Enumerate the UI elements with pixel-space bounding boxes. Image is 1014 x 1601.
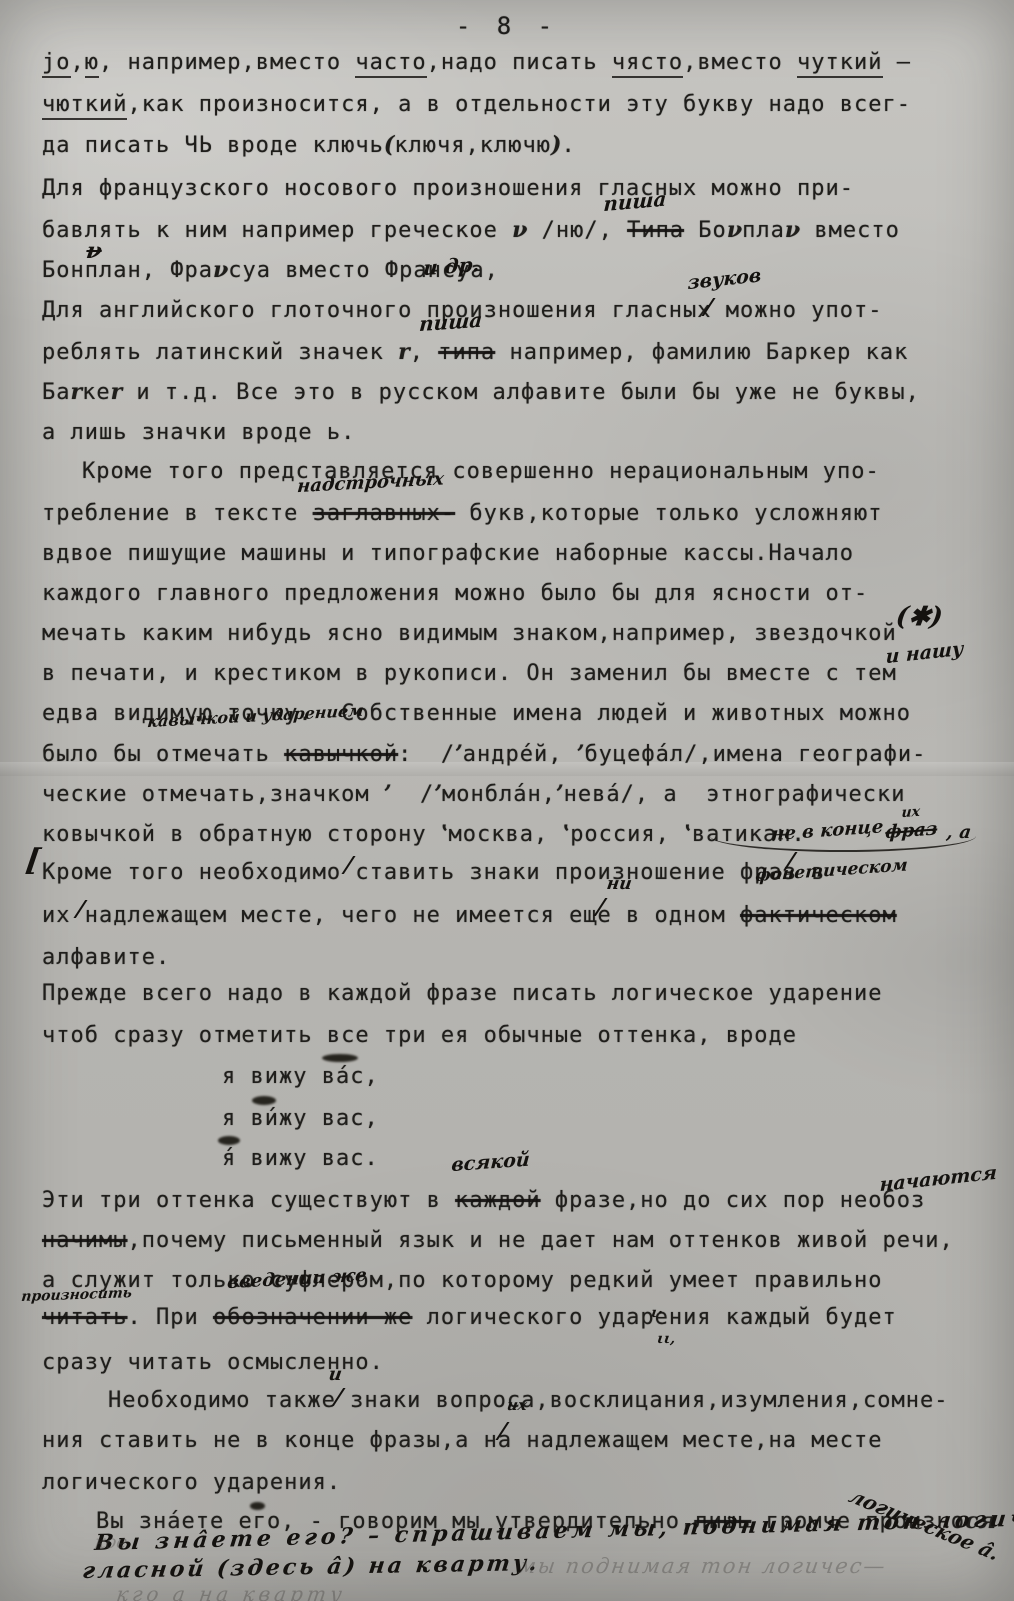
typed-line: да писать ЧЬ вроде ключь(ключя,ключю).: [42, 132, 576, 158]
typed-text: ке: [82, 380, 111, 405]
handwritten-annotation: и нашу: [885, 640, 963, 667]
handwritten-annotation: начаются: [879, 1164, 997, 1195]
typed-text: Бонплан, Фра: [42, 258, 213, 283]
typed-text: буцефа́л/,имена географи-: [584, 742, 926, 767]
handwritten-inline-mark: ν: [213, 257, 228, 283]
typed-line: Кроме того представляется совершенно нер…: [82, 459, 880, 484]
typed-line: Эти три оттенка существуют в каждой фраз…: [42, 1188, 925, 1213]
typed-text: ния ставить не в конце фразы,а на надлеж…: [42, 1428, 882, 1453]
typed-text: Бо: [684, 218, 727, 243]
typed-line: Необходимо также знаки вопроса,восклицан…: [108, 1388, 948, 1413]
typed-text: вместо: [800, 218, 900, 243]
underlined-text: часто: [355, 50, 426, 78]
ink-blot: [218, 1136, 240, 1145]
handwritten-annotation: звуков: [687, 266, 761, 293]
typed-text: . При: [127, 1305, 212, 1330]
underlined-text: чуткий: [797, 50, 882, 78]
typed-line: а служит только суфлером,по которому ред…: [42, 1268, 882, 1293]
typed-text: /ню/,: [527, 218, 627, 243]
struck-text: фактическом: [740, 903, 897, 928]
typed-text: /: [392, 782, 435, 807]
typed-line: мечать каким нибудь ясно видимым знаком,…: [42, 621, 897, 646]
typed-text: фразе,но до сих пор необоз: [541, 1188, 926, 1213]
typed-text: ,как произносится, а в отдельности эту б…: [127, 92, 910, 117]
handwritten-annotation: ι·: [650, 1306, 664, 1320]
struck-text: Типа: [627, 218, 684, 243]
typed-line: в печати, и крестиком в рукописи. Он зам…: [42, 661, 897, 686]
handwritten-annotation: гласной (здесь а̂) на кварту.: [81, 1552, 541, 1582]
typed-text: —: [883, 50, 912, 75]
typed-text: мечать каким нибудь ясно видимым знаком,…: [42, 621, 897, 646]
typed-text: чтоб сразу отметить все три ея обычные о…: [42, 1023, 797, 1048]
typed-text: а служит только суфлером,по которому ред…: [42, 1268, 882, 1293]
typed-line: я ви́жу вас,: [222, 1106, 379, 1131]
typed-text: их надлежащем месте, чего не имеется еще…: [42, 903, 740, 928]
typed-text: требление в тексте: [42, 501, 313, 526]
typed-text: ,вместо: [683, 50, 797, 75]
typed-line: бавлять к ним например греческое ν /ню/,…: [42, 217, 900, 243]
typed-text: Эти три оттенка существуют в: [42, 1188, 455, 1213]
typed-text: москва,: [449, 822, 563, 847]
handwritten-annotation: пиша: [419, 310, 483, 335]
typed-text: Для французского носового произношения г…: [42, 176, 854, 201]
typed-text: .: [561, 133, 575, 158]
typed-line: чюткий,как произносится, а в отдельности…: [42, 92, 911, 117]
handwritten-annotation: (✱): [894, 604, 944, 630]
typed-text: и т.д. Все это в русском алфавите были б…: [122, 380, 920, 405]
handwritten-inline-mark: ’: [384, 781, 392, 807]
struck-text: заглавных-: [313, 501, 455, 526]
typed-line: вдвое пишущие машины и типографские набо…: [42, 541, 854, 566]
typed-text: я ви́жу вас,: [222, 1106, 379, 1131]
ink-blot: [322, 1054, 358, 1062]
typed-text: букв,которые только усложняют: [455, 501, 882, 526]
handwritten-inline-mark: ‛: [684, 821, 692, 847]
handwritten-inline-mark: r: [71, 379, 83, 405]
typed-text: нева́/, а этнографически: [564, 782, 906, 807]
typed-text: ковычкой в обратную сторону: [42, 822, 441, 847]
handwritten-inline-mark: r: [111, 379, 123, 405]
underlined-text: чюткий: [42, 92, 127, 120]
typed-line: каждого главного предложения можно было …: [42, 581, 868, 606]
underlined-text: jо: [42, 50, 71, 78]
typed-text: я вижу ва́с,: [222, 1064, 379, 1089]
typed-line: а лишь значки вроде ь.: [42, 420, 355, 445]
typed-text: а лишь значки вроде ь.: [42, 420, 355, 445]
typed-line: ческие отмечать,значком ’ /’монбла́н,’не…: [42, 781, 906, 807]
typed-text: ,надо писать: [427, 50, 612, 75]
typed-text: я́ вижу вас.: [222, 1146, 379, 1171]
handwritten-inline-mark: ’: [455, 741, 463, 767]
typed-text: пла: [742, 218, 785, 243]
typed-line: логического ударения.: [42, 1470, 341, 1495]
typed-line: алфавите.: [42, 945, 170, 970]
struck-text: начимы: [42, 1228, 127, 1253]
struck-text: каждой: [455, 1188, 540, 1213]
handwritten-inline-mark: (: [384, 132, 394, 158]
pencil-annotation: кго а на кварту: [115, 1584, 347, 1601]
typed-text: Кроме того необходимо ставить знаки прои…: [42, 860, 825, 885]
handwritten-annotation: и др.: [423, 254, 481, 278]
handwritten-annotation: их: [901, 805, 920, 820]
handwritten-inline-mark: ν: [785, 217, 800, 243]
handwritten-annotation: [: [24, 846, 42, 876]
typed-text: да писать ЧЬ вроде ключь: [42, 133, 384, 158]
typed-text: в печати, и крестиком в рукописи. Он зам…: [42, 661, 897, 686]
typed-line: было бы отмечать кавычкой: /’андре́й, ’б…: [42, 741, 926, 767]
underlined-text: чясто: [612, 50, 683, 78]
handwritten-annotation: их: [506, 1398, 528, 1413]
typed-text: монбла́н,: [442, 782, 556, 807]
typed-line: я́ вижу вас.: [222, 1146, 379, 1171]
typed-text: Ба: [42, 380, 71, 405]
struck-text: кавычкой: [284, 742, 398, 767]
pencil-annotation: кое: [93, 1534, 128, 1552]
typed-text: логического ударения.: [42, 1470, 341, 1495]
pencil-annotation: мы поднимая тон логичес—: [517, 1556, 888, 1577]
typed-line: начимы,почему письменный язык и не дает …: [42, 1228, 954, 1253]
typed-line: Кроме того необходимо ставить знаки прои…: [42, 860, 825, 885]
typed-text: россия,: [570, 822, 684, 847]
typed-line: Прежде всего надо в каждой фразе писать …: [42, 981, 882, 1006]
typed-text: Необходимо также знаки вопроса,восклицан…: [108, 1388, 948, 1413]
handwritten-inline-mark: ν: [512, 217, 527, 243]
typed-line: требление в тексте заглавных- букв,котор…: [42, 501, 882, 526]
typed-line: ния ставить не в конце фразы,а на надлеж…: [42, 1428, 882, 1453]
typed-text: ,почему письменный язык и не дает нам от…: [127, 1228, 953, 1253]
page-number: - 8 -: [0, 12, 1014, 40]
ink-blot: [252, 1096, 276, 1105]
typed-text: Кроме того представляется совершенно нер…: [82, 459, 880, 484]
handwritten-annotation: ιι,: [656, 1332, 676, 1346]
typed-text: ключя,ключю: [394, 133, 551, 158]
typed-line: читать. При обозначении же логического у…: [42, 1305, 897, 1330]
typed-line: их надлежащем месте, чего не имеется еще…: [42, 903, 897, 928]
handwritten-annotation: всякой: [451, 1151, 531, 1176]
handwritten-inline-mark: r: [398, 339, 410, 365]
handwritten-annotation: надстрочных: [296, 470, 444, 496]
handwritten-inline-mark: ’: [556, 781, 564, 807]
typed-text: : /: [398, 742, 455, 767]
handwritten-annotation: ни: [606, 876, 633, 893]
handwritten-inline-mark: ‛: [441, 821, 449, 847]
typed-line: jо,ю, например,вместо часто,надо писать …: [42, 50, 911, 75]
typed-line: Баrкеr и т.д. Все это в русском алфавите…: [42, 379, 920, 405]
handwritten-inline-mark: ’: [434, 781, 442, 807]
typed-text: реблять латинский значек: [42, 340, 398, 365]
typed-text: , например,вместо: [99, 50, 355, 75]
typed-text: алфавите.: [42, 945, 170, 970]
handwritten-annotation: произносить: [21, 1286, 133, 1304]
typed-text: андре́й,: [463, 742, 577, 767]
typed-text: вдвое пишущие машины и типографские набо…: [42, 541, 854, 566]
typed-line: Для французского носового произношения г…: [42, 176, 854, 201]
ink-blot: [250, 1502, 265, 1510]
typed-text: ,: [71, 50, 85, 75]
struck-text: обозначении же: [213, 1305, 412, 1330]
handwritten-annotation: пиша: [603, 188, 667, 214]
typed-line: реблять латинский значек r, типа наприме…: [42, 339, 908, 365]
struck-text: типа: [438, 340, 495, 365]
typed-line: чтоб сразу отметить все три ея обычные о…: [42, 1023, 797, 1048]
underlined-text: ю: [85, 50, 99, 78]
struck-text: читать: [42, 1305, 127, 1330]
typed-line: ковычкой в обратную сторону ‛москва, ‛ро…: [42, 821, 806, 847]
typed-text: Прежде всего надо в каждой фразе писать …: [42, 981, 882, 1006]
handwritten-annotation: и: [327, 1366, 343, 1384]
scanned-document-page: - 8 - jо,ю, например,вместо часто,надо п…: [0, 0, 1014, 1601]
typed-line: я вижу ва́с,: [222, 1064, 379, 1089]
typed-text: ,: [410, 340, 439, 365]
typed-text: каждого главного предложения можно было …: [42, 581, 868, 606]
typed-text: было бы отмечать: [42, 742, 284, 767]
typed-text: например, фамилию Баркер как: [495, 340, 908, 365]
typed-text: ческие отмечать,значком: [42, 782, 384, 807]
handwritten-inline-mark: ν: [727, 217, 742, 243]
handwritten-inline-mark: ): [551, 132, 561, 158]
handwritten-annotation: ν: [85, 240, 103, 262]
typed-text: бавлять к ним например греческое: [42, 218, 512, 243]
hand-underline-curve: [710, 836, 976, 852]
